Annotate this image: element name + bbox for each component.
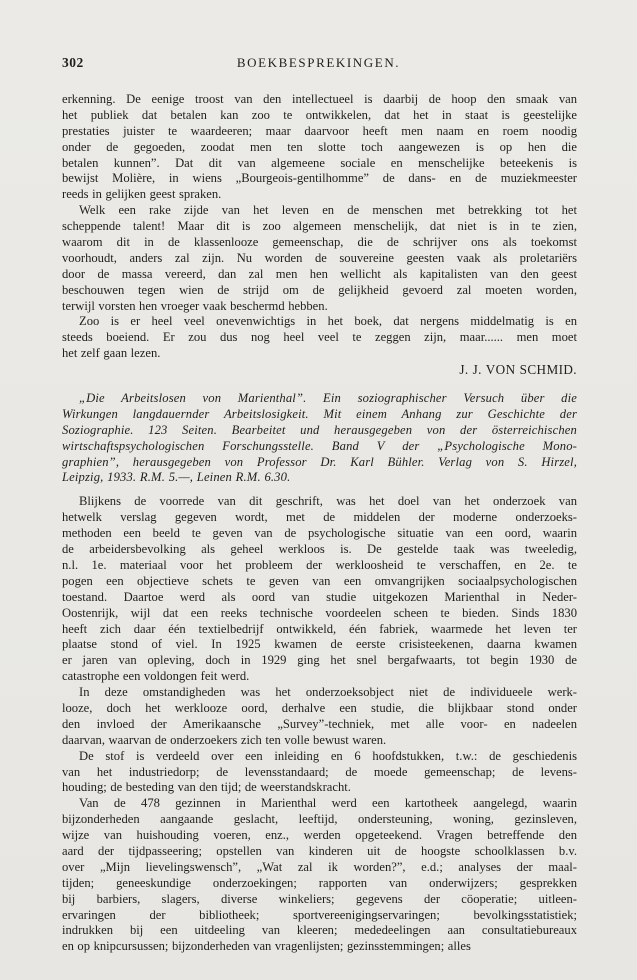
text-line: looze, doch het werklooze oord, derhalve… bbox=[62, 701, 577, 717]
text-line: pogen een objectieve schets te geven van… bbox=[62, 574, 577, 590]
text-line: reeds in gelijken geest spraken. bbox=[62, 187, 577, 203]
text-line: „Die Arbeitslosen von Marienthal”. Ein s… bbox=[62, 391, 577, 407]
text-line: over „Mijn lievelingswensch”, „Wat zal i… bbox=[62, 860, 577, 876]
paragraph: Blijkens de voorrede van dit geschrift, … bbox=[62, 494, 577, 685]
text-line: steeds boeiend. Er zou dus nog heel veel… bbox=[62, 330, 577, 346]
text-line: J. J. VON SCHMID. bbox=[62, 362, 577, 378]
text-line: Van de 478 gezinnen in Marienthal werd e… bbox=[62, 796, 577, 812]
text-line: graphien”, herausgegeben von Professor D… bbox=[62, 455, 577, 471]
paragraph: erkenning. De eenige troost van den inte… bbox=[62, 92, 577, 203]
paragraph: De stof is verdeeld over een inleiding e… bbox=[62, 749, 577, 797]
text-line: hetwelk verslag gegeven wordt, met de mi… bbox=[62, 510, 577, 526]
text-line: heeft zich daar één textielbedrijf ontwi… bbox=[62, 622, 577, 638]
text-line: Blijkens de voorrede van dit geschrift, … bbox=[62, 494, 577, 510]
text-line: terwijl vorsten hen vroeger vaak bescher… bbox=[62, 299, 577, 315]
text-line: aard der tijdpasseering; opstellen van k… bbox=[62, 844, 577, 860]
text-line: n.l. 1e. materiaal voor het probleem der… bbox=[62, 558, 577, 574]
text-line: bijzonderheden aangaande geslacht, leeft… bbox=[62, 812, 577, 828]
text-line: De stof is verdeeld over een inleiding e… bbox=[62, 749, 577, 765]
text-line: bewijst Molière, in wiens „Bourgeois-gen… bbox=[62, 171, 577, 187]
text-line: bij barbiers, slagers, diverse winkelier… bbox=[62, 892, 577, 908]
text-line: Oostenrijk, wijl dat een reeks technisch… bbox=[62, 606, 577, 622]
text-line: catastrophe een voldongen feit werd. bbox=[62, 669, 577, 685]
text-line: scheppende talent! Maar dit is zoo algem… bbox=[62, 219, 577, 235]
text-line: Leipzig, 1933. R.M. 5.—, Leinen R.M. 6.3… bbox=[62, 470, 577, 486]
text-line: van het industriedorp; de levensstandaar… bbox=[62, 765, 577, 781]
text-line: erkenning. De eenige troost van den inte… bbox=[62, 92, 577, 108]
text-line: Welk een rake zijde van het leven en de … bbox=[62, 203, 577, 219]
text-line: het zelf gaan lezen. bbox=[62, 346, 577, 362]
paragraph: Zoo is er heel veel onevenwichtigs in he… bbox=[62, 314, 577, 362]
text-line: houding; de besteding van den tijd; de w… bbox=[62, 780, 577, 796]
text-line: den invloed der Amerikaansche „Survey”-t… bbox=[62, 717, 577, 733]
reviewer-signature: J. J. VON SCHMID. bbox=[62, 362, 577, 378]
text-line: beschouwen tegen wien de strijd om de ge… bbox=[62, 283, 577, 299]
paragraph: Van de 478 gezinnen in Marienthal werd e… bbox=[62, 796, 577, 955]
scanned-page: 302 BOEKBESPREKINGEN. erkenning. De eeni… bbox=[0, 0, 637, 980]
text-line: voorhoudt, anders zal zijn. Nu worden de… bbox=[62, 251, 577, 267]
text-line: de arbeidersbevolking als geheel werkloo… bbox=[62, 542, 577, 558]
running-head: BOEKBESPREKINGEN. bbox=[0, 55, 637, 71]
text-line: Soziographie. 123 Seiten. Bearbeitet und… bbox=[62, 423, 577, 439]
page-number: 302 bbox=[62, 55, 84, 71]
text-line: wijze van huishouding voeren, enz., werd… bbox=[62, 828, 577, 844]
page-header: 302 BOEKBESPREKINGEN. bbox=[0, 55, 637, 71]
text-line: prestaties juister te waardeeren; maar d… bbox=[62, 124, 577, 140]
text-line: plaatse stond of viel. In 1925 kwamen de… bbox=[62, 637, 577, 653]
text-line: onder de gegoeden, zoodat men ten slotte… bbox=[62, 140, 577, 156]
text-line: daarvan, waarvan de onderzoekers zich te… bbox=[62, 733, 577, 749]
page-body: erkenning. De eenige troost van den inte… bbox=[62, 92, 577, 955]
text-line: wirtschaftspsychologischen Forschungsste… bbox=[62, 439, 577, 455]
text-line: tijden; geneeskundige onderzoekingen; ra… bbox=[62, 876, 577, 892]
text-line: indrukken bij een uitdeeling van kleeren… bbox=[62, 923, 577, 939]
text-line: door de massa vereerd, dan zal men hen w… bbox=[62, 267, 577, 283]
text-line: Wirkungen langdauernder Arbeitslosigkeit… bbox=[62, 407, 577, 423]
text-line: waarom dit in de klassenlooze gemeenscha… bbox=[62, 235, 577, 251]
text-line: toestand. Daartoe werd als oord van stud… bbox=[62, 590, 577, 606]
paragraph: Welk een rake zijde van het leven en de … bbox=[62, 203, 577, 314]
paragraph: In deze omstandigheden was het onderzoek… bbox=[62, 685, 577, 749]
text-line: het publiek dat betalen kan zoo te ontwi… bbox=[62, 108, 577, 124]
text-line: Zoo is er heel veel onevenwichtigs in he… bbox=[62, 314, 577, 330]
text-line: In deze omstandigheden was het onderzoek… bbox=[62, 685, 577, 701]
text-line: betalen kunnen”. Dat dit van algemeene s… bbox=[62, 156, 577, 172]
text-line: ervaringen der bibliotheek; sportvereeni… bbox=[62, 908, 577, 924]
book-reference-paragraph: „Die Arbeitslosen von Marienthal”. Ein s… bbox=[62, 391, 577, 486]
text-line: er jaren van opleving, doch in 1929 ging… bbox=[62, 653, 577, 669]
text-line: methoden een beeld te geven van de psych… bbox=[62, 526, 577, 542]
text-line: en op knipcursussen; bijzonderheden van … bbox=[62, 939, 577, 955]
